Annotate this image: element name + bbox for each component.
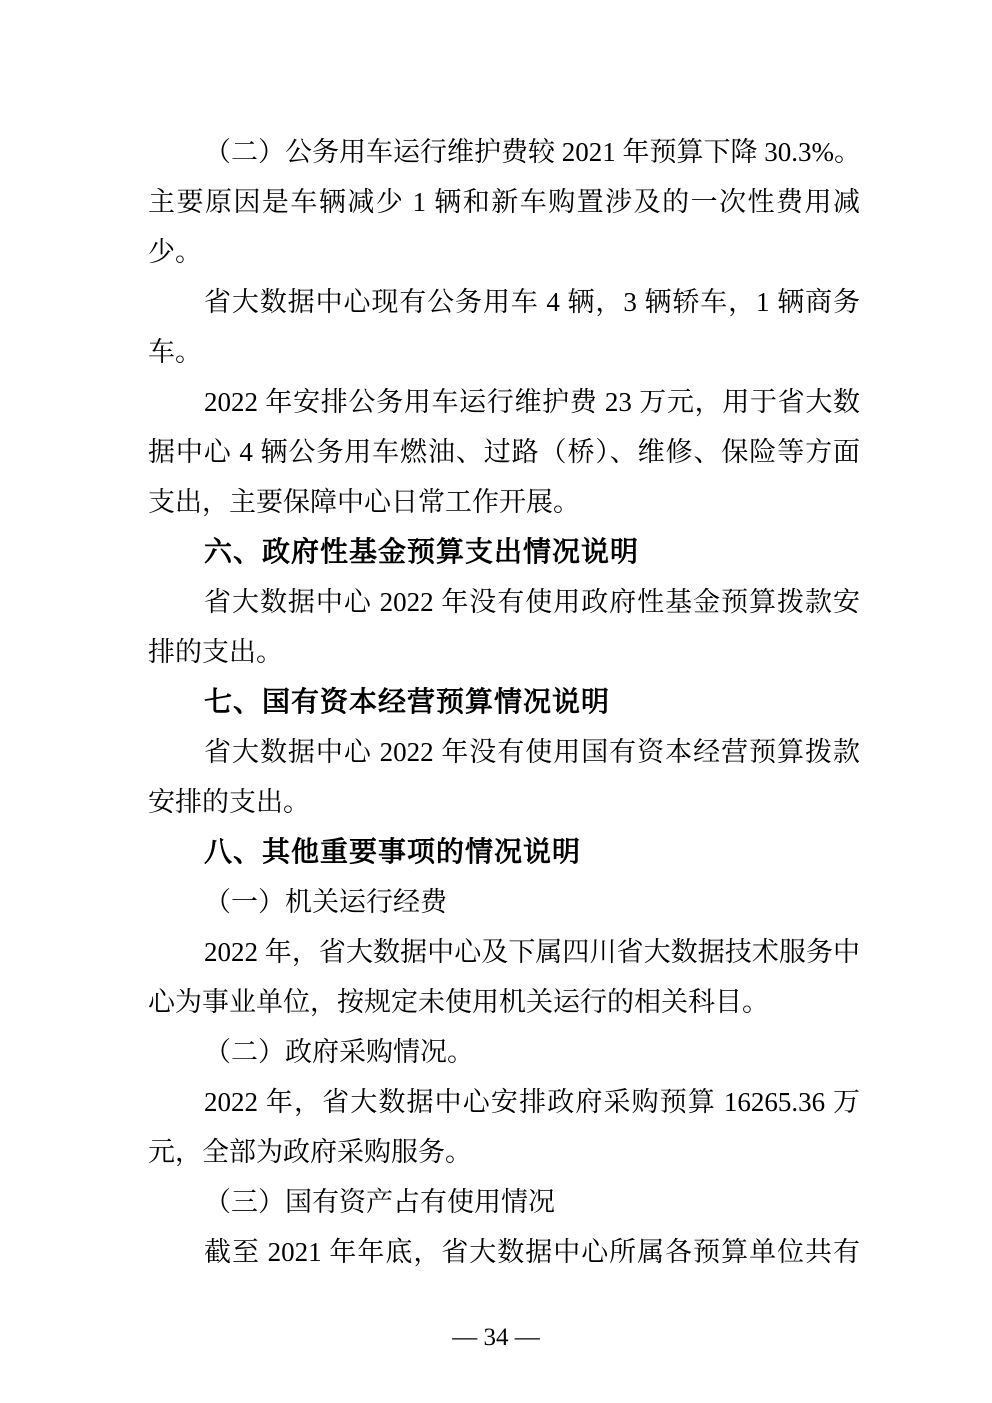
text-line: （一）机关运行经费	[148, 877, 860, 927]
text-line: 心为事业单位，按规定未使用机关运行的相关科目。	[148, 977, 860, 1027]
text-line: 省大数据中心 2022 年没有使用国有资本经营预算拨款	[148, 727, 860, 777]
text-line: （三）国有资产占有使用情况	[148, 1177, 860, 1227]
section-heading: 七、国有资本经营预算情况说明	[148, 677, 860, 727]
text-line: 省大数据中心现有公务用车 4 辆，3 辆轿车，1 辆商务	[148, 277, 860, 327]
text-line: 2022 年，省大数据中心安排政府采购预算 16265.36 万	[148, 1077, 860, 1127]
text-line: 截至 2021 年年底，省大数据中心所属各预算单位共有	[148, 1227, 860, 1277]
text-line: 主要原因是车辆减少 1 辆和新车购置涉及的一次性费用减	[148, 177, 860, 227]
text-line: 车。	[148, 327, 860, 377]
text-line: 安排的支出。	[148, 777, 860, 827]
page-body: （二）公务用车运行维护费较 2021 年预算下降 30.3%。主要原因是车辆减少…	[148, 127, 860, 1277]
section-heading: 六、政府性基金预算支出情况说明	[148, 527, 860, 577]
text-line: 元，全部为政府采购服务。	[148, 1127, 860, 1177]
page-number: — 34 —	[0, 1318, 992, 1358]
text-line: （二）政府采购情况。	[148, 1027, 860, 1077]
text-line: 省大数据中心 2022 年没有使用政府性基金预算拨款安	[148, 577, 860, 627]
document-page: （二）公务用车运行维护费较 2021 年预算下降 30.3%。主要原因是车辆减少…	[0, 0, 992, 1403]
text-line: 少。	[148, 227, 860, 277]
section-heading: 八、其他重要事项的情况说明	[148, 827, 860, 877]
text-line: 支出，主要保障中心日常工作开展。	[148, 477, 860, 527]
text-line: 2022 年安排公务用车运行维护费 23 万元，用于省大数	[148, 377, 860, 427]
text-line: 2022 年，省大数据中心及下属四川省大数据技术服务中	[148, 927, 860, 977]
text-line: 据中心 4 辆公务用车燃油、过路（桥）、维修、保险等方面	[148, 427, 860, 477]
text-line: （二）公务用车运行维护费较 2021 年预算下降 30.3%。	[148, 127, 860, 177]
text-line: 排的支出。	[148, 627, 860, 677]
